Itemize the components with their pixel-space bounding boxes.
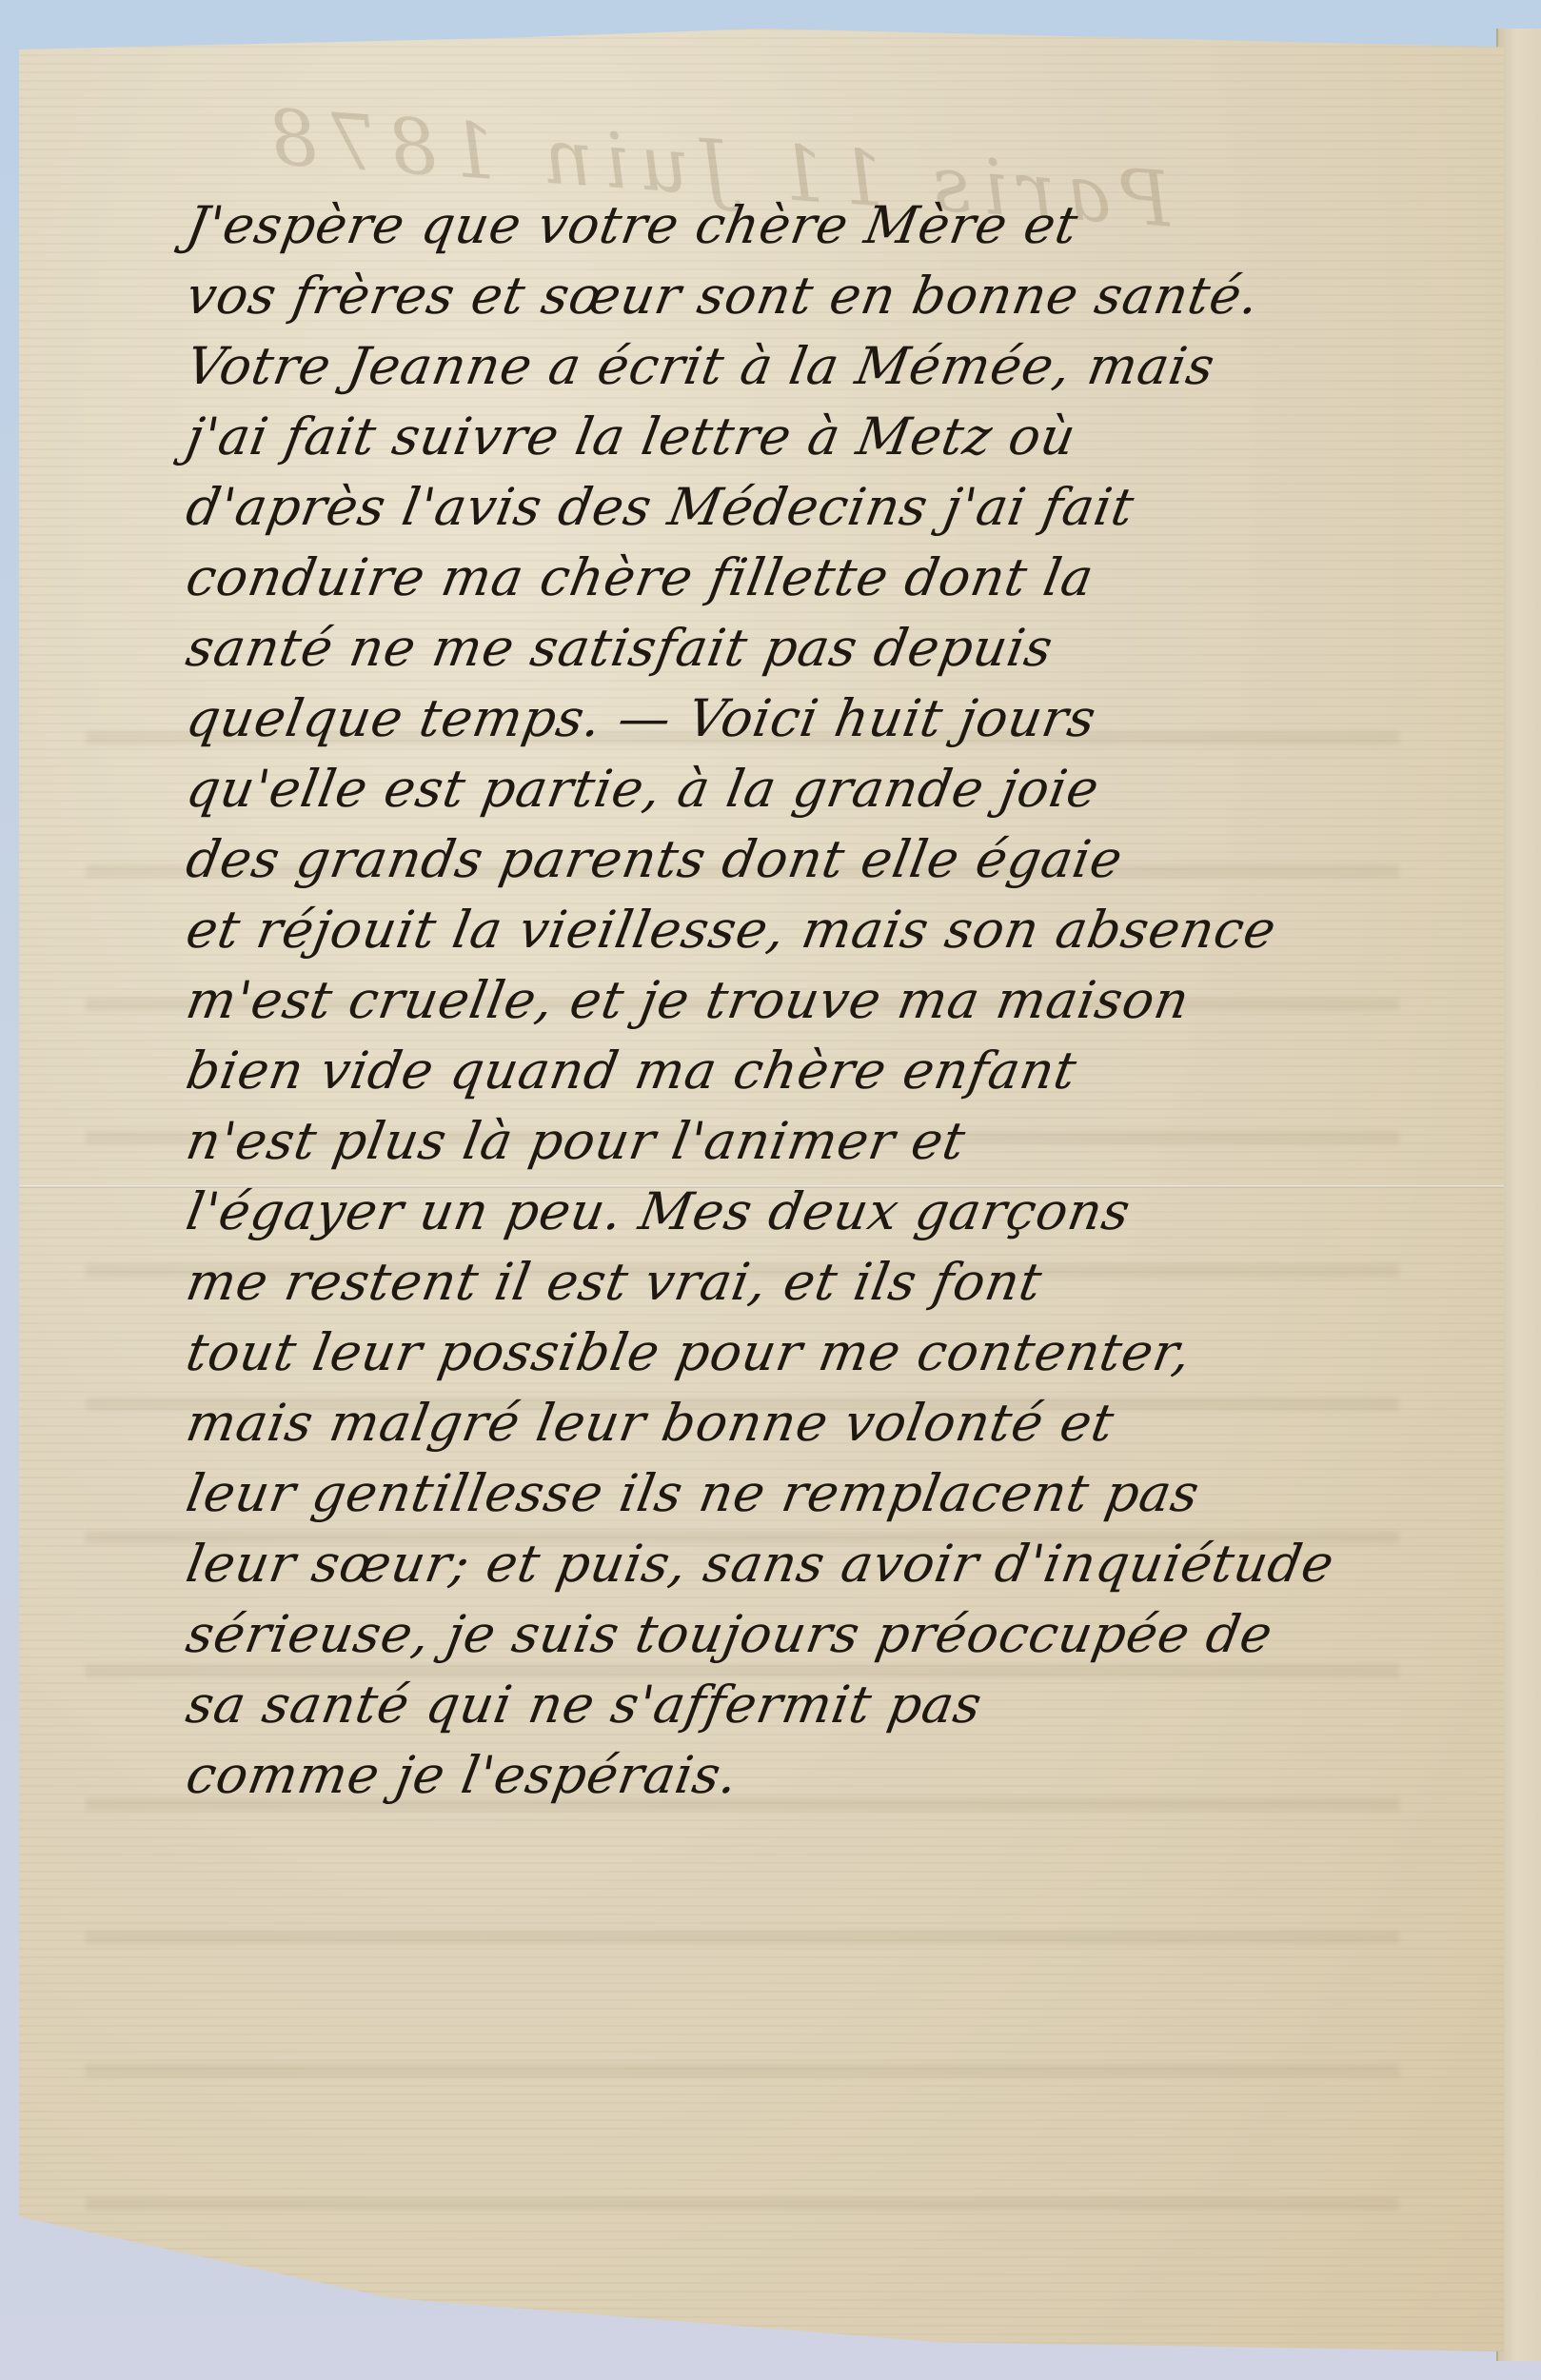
- text-line: comme je l'espérais.: [181, 1740, 1507, 1811]
- text-line: n'est plus là pour l'animer et: [181, 1106, 1507, 1177]
- text-line: conduire ma chère fillette dont la: [181, 543, 1507, 613]
- text-line: et réjouit la vieillesse, mais son absen…: [181, 895, 1507, 965]
- text-line: qu'elle est partie, à la grande joie: [181, 754, 1507, 824]
- text-line: m'est cruelle, et je trouve ma maison: [181, 965, 1507, 1036]
- text-line: mais malgré leur bonne volonté et: [181, 1388, 1507, 1458]
- text-line: sérieuse, je suis toujours préoccupée de: [181, 1599, 1507, 1670]
- text-line: sa santé qui ne s'affermit pas: [181, 1670, 1507, 1740]
- text-line: d'après l'avis des Médecins j'ai fait: [181, 472, 1507, 543]
- handwritten-text-block: J'espère que votre chère Mère et vos frè…: [181, 190, 1494, 1811]
- letter-photograph: Paris 11 Juin 1878 J'espère que votre ch…: [0, 0, 1541, 2380]
- text-line: l'égayer un peu. Mes deux garçons: [181, 1177, 1507, 1247]
- text-line: leur gentillesse ils ne remplacent pas: [181, 1458, 1507, 1529]
- text-line: des grands parents dont elle égaie: [181, 824, 1507, 895]
- text-line: tout leur possible pour me contenter,: [181, 1318, 1507, 1388]
- text-line: J'espère que votre chère Mère et: [181, 190, 1507, 261]
- text-line: santé ne me satisfait pas depuis: [181, 613, 1507, 684]
- text-line: vos frères et sœur sont en bonne santé.: [181, 261, 1507, 331]
- text-line: leur sœur; et puis, sans avoir d'inquiét…: [181, 1529, 1507, 1599]
- text-line: Votre Jeanne a écrit à la Mémée, mais: [181, 331, 1507, 402]
- text-line: j'ai fait suivre la lettre à Metz où: [181, 402, 1507, 472]
- text-line: bien vide quand ma chère enfant: [181, 1036, 1507, 1106]
- text-line: quelque temps. — Voici huit jours: [181, 684, 1507, 754]
- text-line: me restent il est vrai, et ils font: [181, 1247, 1507, 1318]
